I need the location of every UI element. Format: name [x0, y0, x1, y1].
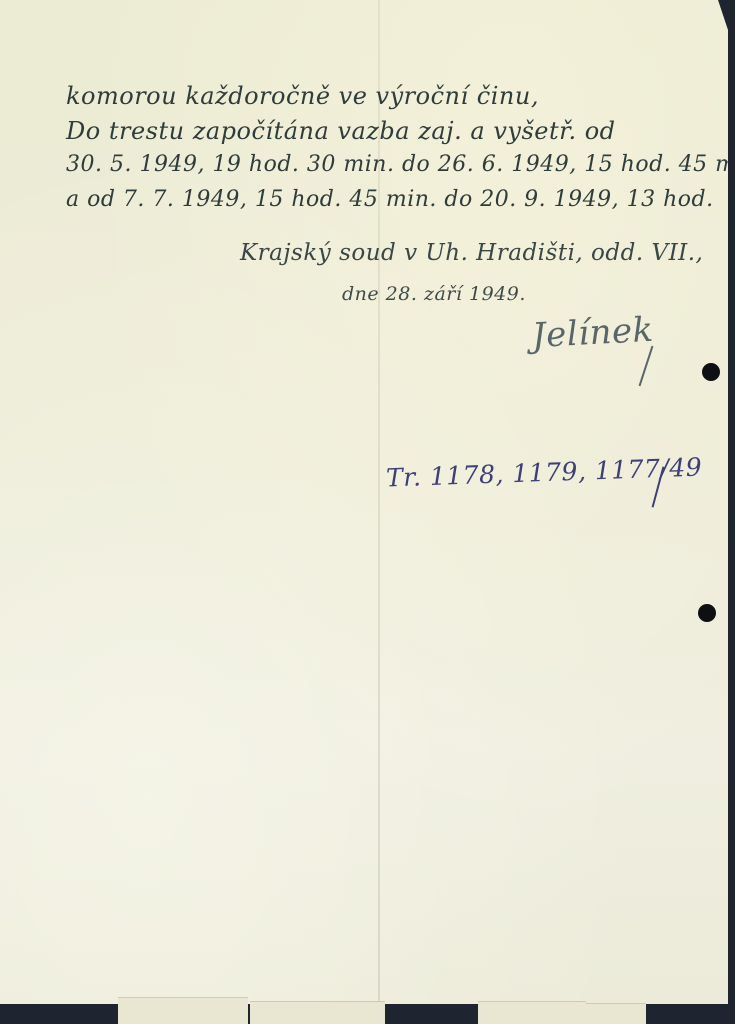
signature: Jelínek — [531, 310, 655, 356]
body-line-2: Do trestu započítána vazba zaj. a vyšetř… — [66, 117, 616, 145]
torn-binding-strip — [478, 1001, 586, 1024]
body-line-3: 30. 5. 1949, 19 hod. 30 min. do 26. 6. 1… — [66, 152, 735, 177]
body-line-1: komorou každoročně ve výroční činu, — [66, 82, 539, 110]
reference-note: Tr. 1178, 1179, 1177/49 — [386, 452, 703, 492]
document-page: komorou každoročně ve výroční činu, Do t… — [0, 0, 728, 1004]
body-line-4: a od 7. 7. 1949, 15 hod. 45 min. do 20. … — [66, 187, 714, 212]
punch-hole-icon — [698, 604, 716, 622]
signature-flourish — [639, 346, 654, 387]
torn-binding-strip — [250, 1001, 385, 1024]
date-line: dne 28. září 1949. — [342, 283, 526, 305]
court-line: Krajský soud v Uh. Hradišti, odd. VII., — [240, 240, 703, 266]
punch-hole-icon — [702, 363, 720, 381]
paper-fold-line — [378, 0, 380, 1004]
torn-binding-strip — [586, 1003, 646, 1024]
torn-binding-strip — [118, 997, 248, 1024]
